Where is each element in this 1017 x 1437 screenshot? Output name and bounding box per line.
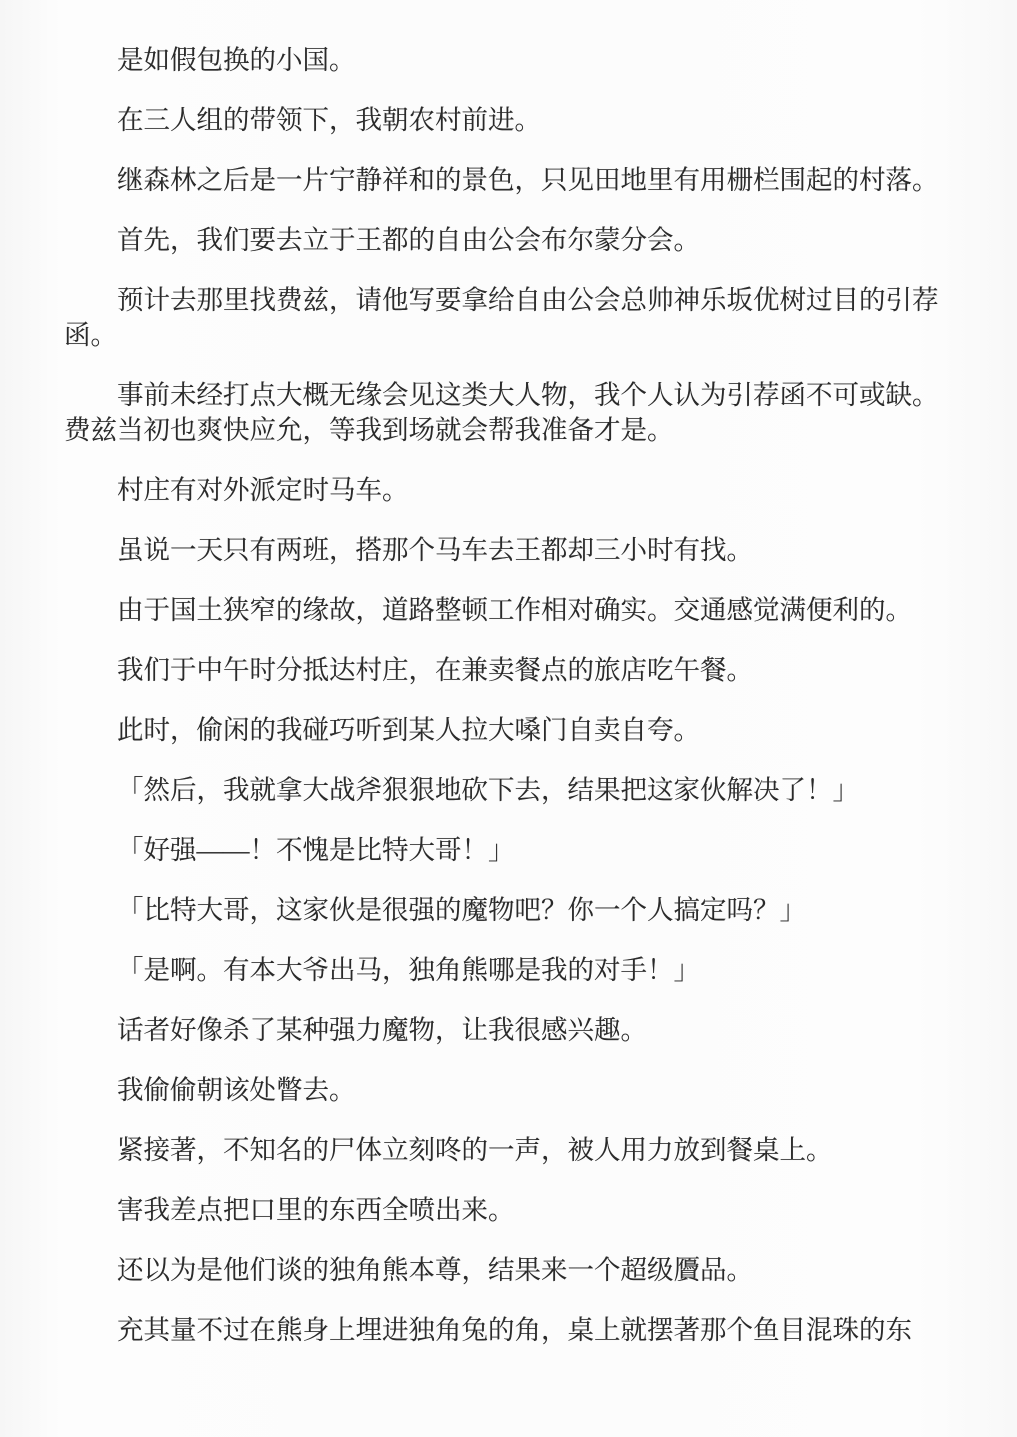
paragraph: 「是啊。有本大爷出马，独角熊哪是我的对手！」 bbox=[64, 953, 942, 988]
paragraph: 紧接著，不知名的尸体立刻咚的一声，被人用力放到餐桌上。 bbox=[64, 1133, 942, 1168]
paragraph: 「好强——！不愧是比特大哥！」 bbox=[64, 833, 942, 868]
paragraph: 是如假包换的小国。 bbox=[64, 43, 942, 78]
paragraph: 事前未经打点大概无缘会见这类大人物，我个人认为引荐函不可或缺。费兹当初也爽快应允… bbox=[64, 378, 942, 448]
paragraph: 「比特大哥，这家伙是很强的魔物吧？你一个人搞定吗？」 bbox=[64, 893, 942, 928]
paragraph: 还以为是他们谈的独角熊本尊，结果来一个超级贗品。 bbox=[64, 1253, 942, 1288]
paragraph: 话者好像杀了某种强力魔物，让我很感兴趣。 bbox=[64, 1013, 942, 1048]
paragraph: 在三人组的带领下，我朝农村前进。 bbox=[64, 103, 942, 138]
paragraph: 由于国土狭窄的缘故，道路整顿工作相对确实。交通感觉满便利的。 bbox=[64, 593, 942, 628]
document-page: 是如假包换的小国。 在三人组的带领下，我朝农村前进。 继森林之后是一片宁静祥和的… bbox=[0, 0, 1017, 1437]
paragraph: 首先，我们要去立于王都的自由公会布尔蒙分会。 bbox=[64, 223, 942, 258]
paragraph: 此时，偷闲的我碰巧听到某人拉大嗓门自卖自夸。 bbox=[64, 713, 942, 748]
paragraph: 继森林之后是一片宁静祥和的景色，只见田地里有用栅栏围起的村落。 bbox=[64, 163, 942, 198]
paragraph: 充其量不过在熊身上埋进独角兔的角，桌上就摆著那个鱼目混珠的东 bbox=[64, 1313, 942, 1348]
paragraph: 我们于中午时分抵达村庄，在兼卖餐点的旅店吃午餐。 bbox=[64, 653, 942, 688]
paragraph: 「然后，我就拿大战斧狠狠地砍下去，结果把这家伙解决了！」 bbox=[64, 773, 942, 808]
paragraph: 预计去那里找费兹，请他写要拿给自由公会总帅神乐坂优树过目的引荐函。 bbox=[64, 283, 942, 353]
paragraph: 害我差点把口里的东西全喷出来。 bbox=[64, 1193, 942, 1228]
paragraph: 我偷偷朝该处瞥去。 bbox=[64, 1073, 942, 1108]
paragraph: 虽说一天只有两班，搭那个马车去王都却三小时有找。 bbox=[64, 533, 942, 568]
paragraph: 村庄有对外派定时马车。 bbox=[64, 473, 942, 508]
